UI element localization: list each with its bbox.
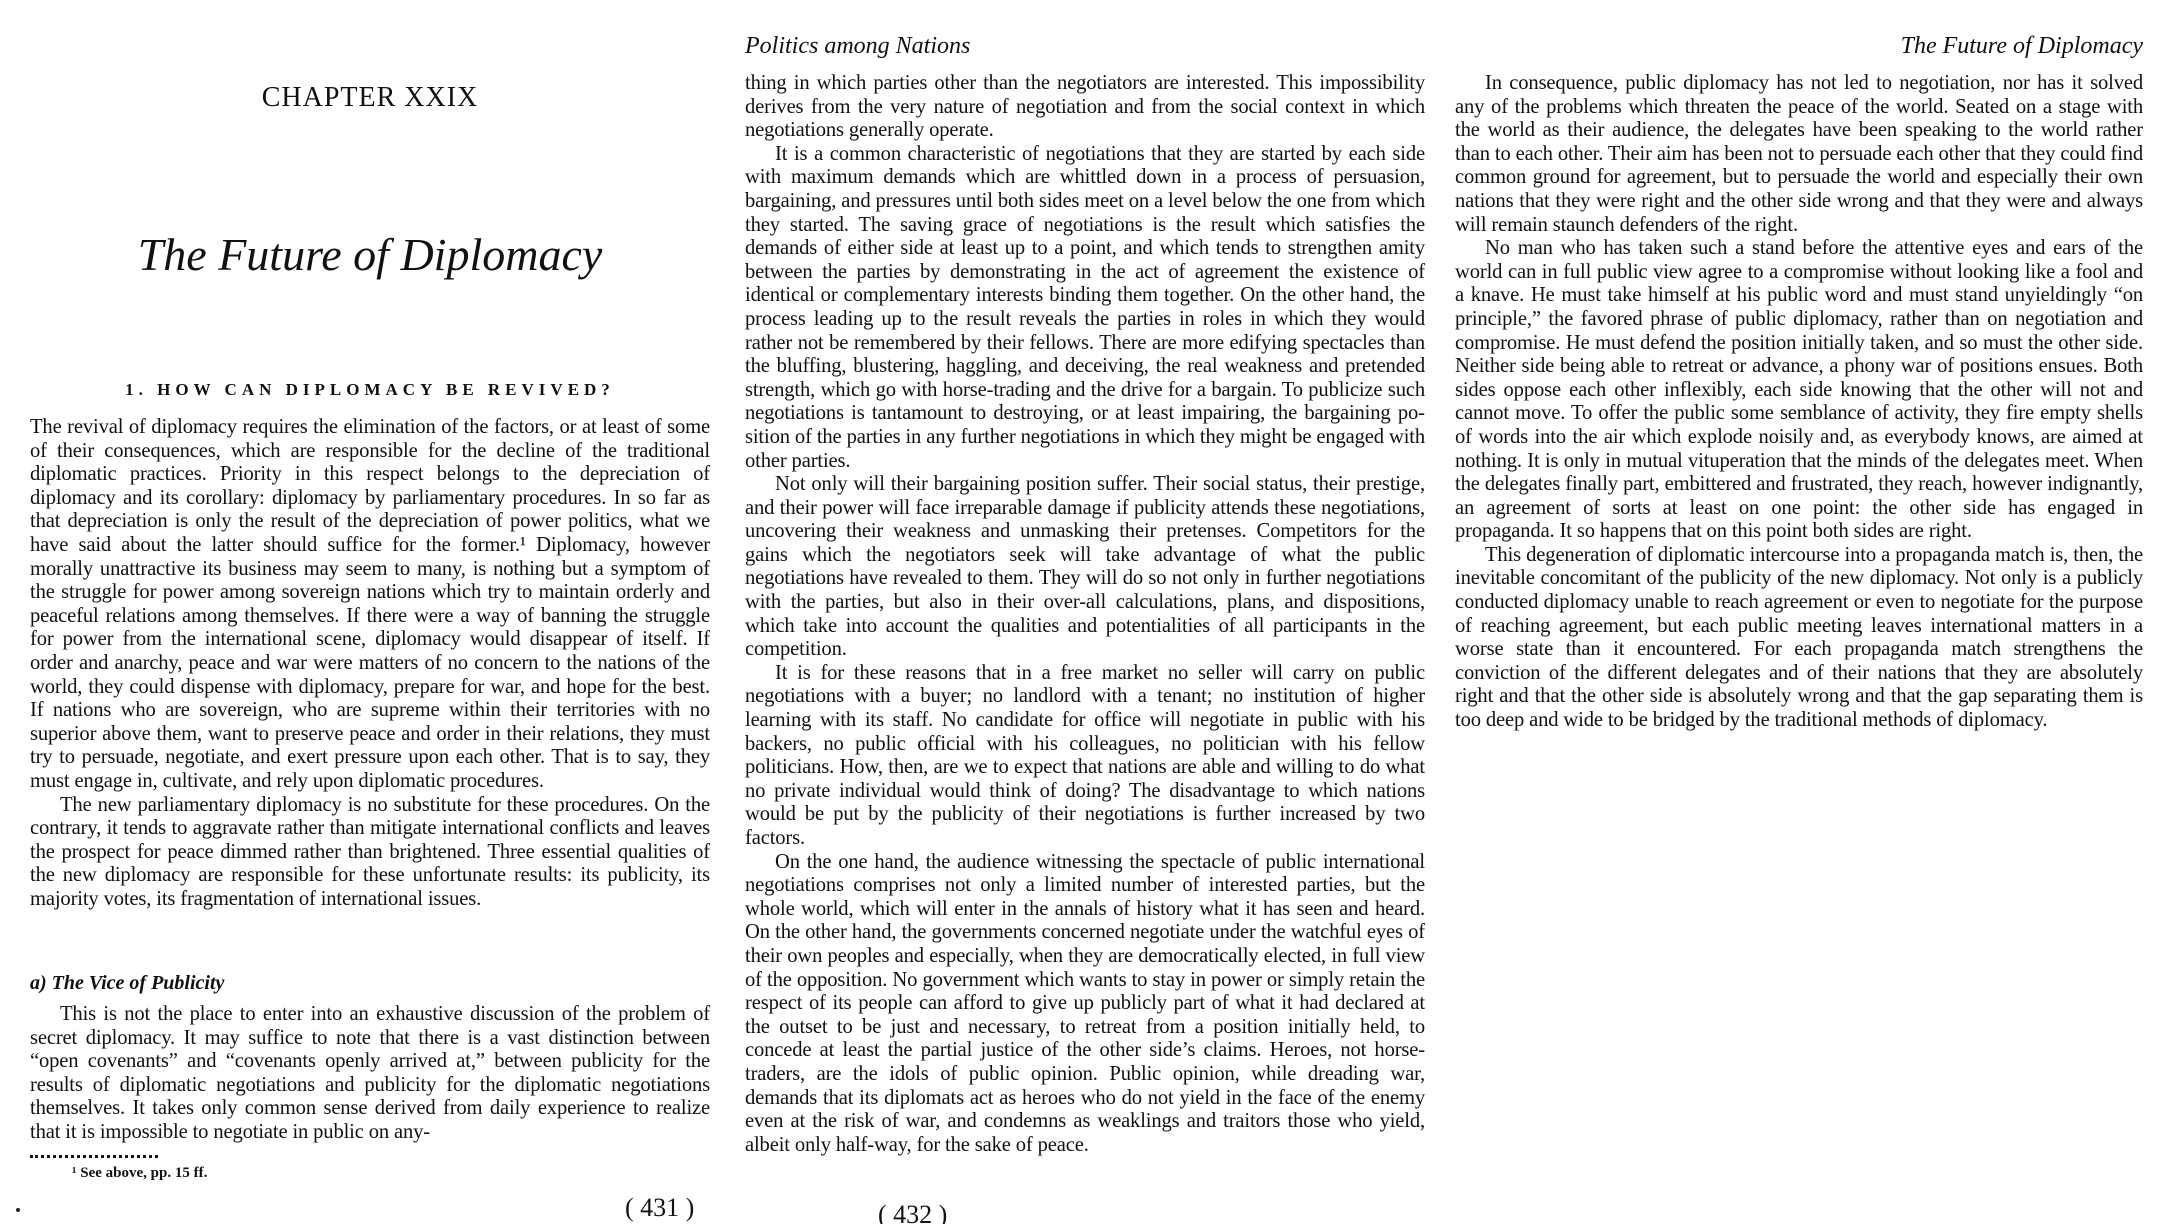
paragraph: No man who has taken such a stand before… [1455,237,2143,544]
page-433: The Future of Diplomacy In consequence, … [1455,0,2143,1224]
section-heading: 1. How can diplomacy be revived? [30,380,710,400]
footnote: ¹ See above, pp. 15 ff. [72,1165,207,1182]
paragraph: It is for these reasons that in a free m… [745,662,1425,851]
paragraph: This is not the place to enter into an e… [30,1003,710,1145]
paragraph: In consequence, public diplomacy has not… [1455,72,2143,237]
paragraph: The new parliamentary diplomacy is no su… [30,794,710,912]
paragraph: thing in which parties other than the ne… [745,72,1425,143]
running-head: Politics among Nations [745,33,970,60]
chapter-number: CHAPTER XXIX [30,82,710,114]
chapter-title: The Future of Diplomacy [30,228,710,281]
scan-speck [16,1208,20,1212]
page-body: thing in which parties other than the ne… [745,72,1425,1157]
page-432: Politics among Nations thing in which pa… [745,0,1425,1224]
section-body: The revival of diplomacy requires the el… [30,416,710,911]
subsection-body: This is not the place to enter into an e… [30,1003,710,1145]
handwritten-underline-mark [30,1150,158,1158]
paragraph: On the one hand, the audience witnessing… [745,851,1425,1158]
paragraph: It is a common characteristic of negotia… [745,143,1425,473]
paragraph: Not only will their bargaining position … [745,473,1425,662]
paragraph: The revival of diplomacy requires the el… [30,416,710,794]
running-head: The Future of Diplomacy [1901,33,2143,60]
subsection-heading: a) The Vice of Publicity [30,972,224,995]
page-number: ( 431 ) [625,1193,694,1223]
paragraph: This degeneration of diplomatic intercou… [1455,544,2143,733]
page-body: In consequence, public diplomacy has not… [1455,72,2143,733]
page-number: ( 432 ) [878,1200,947,1224]
page-431: CHAPTER XXIX The Future of Diplomacy 1. … [30,0,710,1224]
